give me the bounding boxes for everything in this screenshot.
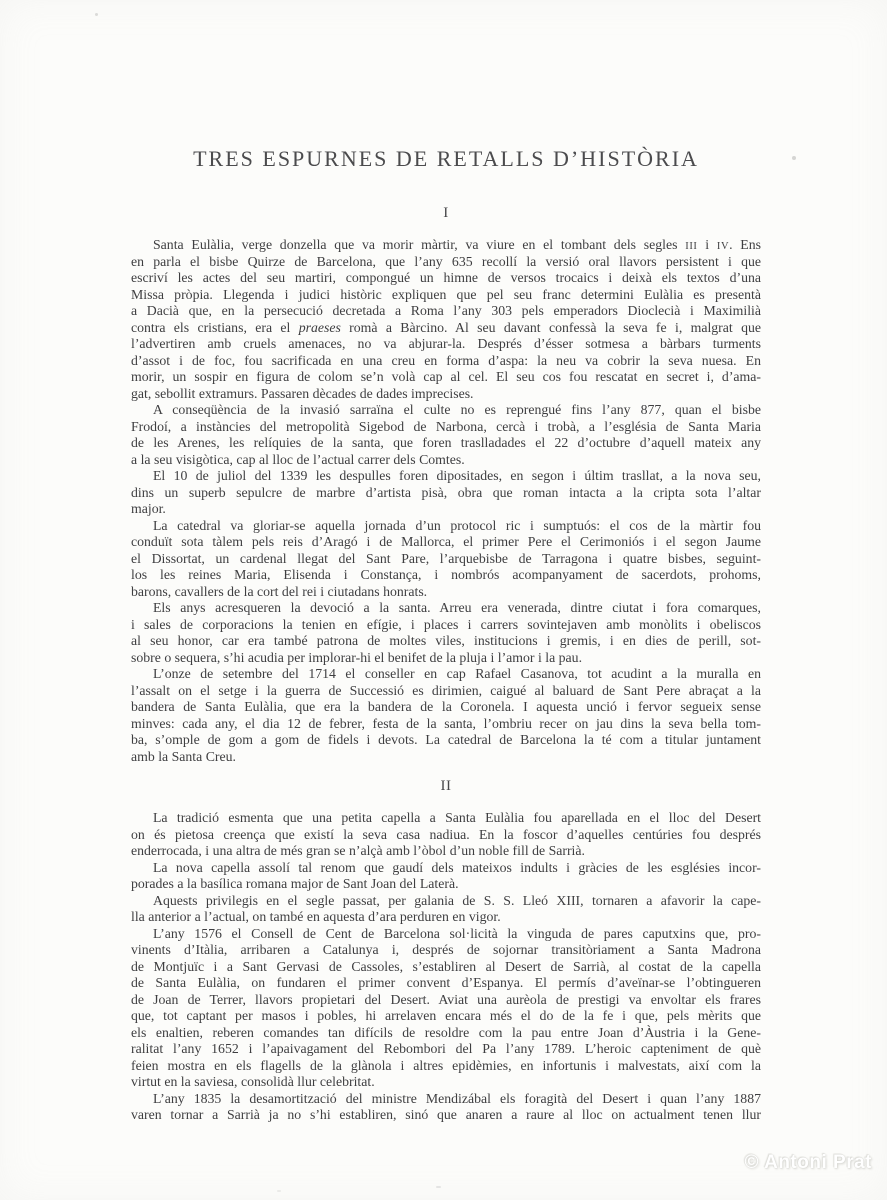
text-line: on és pietosa creença que existí la seva…	[131, 827, 761, 844]
text-line: sobre o sequera, s’hi acudia per implora…	[131, 650, 761, 667]
section-heading-II: II	[131, 778, 761, 795]
paragraph: Aquests privilegis en el segle passat, p…	[131, 893, 761, 926]
text-line: vinents d’Itàlia, arribaren a Catalunya …	[131, 942, 761, 959]
text-line: La nova capella assolí tal renom que gau…	[131, 860, 761, 877]
scan-artifact	[792, 156, 796, 160]
text-line: dins un superb sepulcre de marbre d’arti…	[131, 485, 761, 502]
text-line: gat, sebollit extramurs. Passaren dècade…	[131, 386, 761, 403]
text-line: El 10 de juliol del 1339 les despulles f…	[131, 468, 761, 485]
text-line: ba, s’omple de gom a gom de fidels i dev…	[131, 732, 761, 749]
paragraph: L’any 1835 la desamortització del minist…	[131, 1091, 761, 1124]
text-line: porades a la basílica romana major de Sa…	[131, 876, 761, 893]
text-line: a Dacià que, en la persecució decretada …	[131, 303, 761, 320]
text-line: de Montjuïc i a Sant Gervasi de Cassoles…	[131, 959, 761, 976]
text-line: La tradició esmenta que una petita capel…	[131, 810, 761, 827]
text-line: los les reines Maria, Elisenda i Constan…	[131, 567, 761, 584]
document-body: ISanta Eulàlia, verge donzella que va mo…	[131, 205, 761, 1124]
smallcaps-numeral: IV	[717, 241, 729, 252]
text-line: varen tornar a Sarrià ja no s’hi establi…	[131, 1107, 761, 1124]
paragraph: A conseqüència de la invasió sarraïna el…	[131, 402, 761, 468]
text-line: barons, cavallers de la cort del rei i c…	[131, 584, 761, 601]
scan-artifact	[277, 1190, 281, 1192]
text-line: Els anys acresqueren la devoció a la san…	[131, 600, 761, 617]
text-line: ralitat l’any 1652 i l’apaivagament del …	[131, 1041, 761, 1058]
text-line: al seu honor, car era també patrona de m…	[131, 633, 761, 650]
text-line: Frodoí, a instàncies del metropolità Sig…	[131, 419, 761, 436]
paragraph: L’onze de setembre del 1714 el conseller…	[131, 666, 761, 765]
text-line: de Santa Eulàlia, on fundaren el primer …	[131, 975, 761, 992]
text-line: L’any 1835 la desamortització del minist…	[131, 1091, 761, 1108]
paragraph: El 10 de juliol del 1339 les despulles f…	[131, 468, 761, 518]
text-line: els enaltien, reberen comandes tan difíc…	[131, 1025, 761, 1042]
text-line: morir, un sospir en figura de colom se’n…	[131, 369, 761, 386]
text-line: el Dissortat, un cardenal llegat del San…	[131, 551, 761, 568]
text-line: que, tot captant per masos i pobles, hi …	[131, 1008, 761, 1025]
text-line: d’assot i de foc, fou sacrificada en una…	[131, 353, 761, 370]
text-line: lla anterior a l’actual, on també en aqu…	[131, 909, 761, 926]
scan-artifact	[436, 1186, 441, 1188]
page-title: TRES ESPURNES DE RETALLS D’HISTÒRIA	[131, 145, 761, 172]
text-line: l’assalt on el setge i la guerra de Succ…	[131, 683, 761, 700]
copyright-watermark: © Antoni Prat	[745, 1152, 872, 1174]
scanned-document-page: TRES ESPURNES DE RETALLS D’HISTÒRIA ISan…	[0, 0, 887, 1200]
text-line: enderrocada, i una altra de més gran se …	[131, 843, 761, 860]
text-line: Santa Eulàlia, verge donzella que va mor…	[131, 237, 761, 254]
text-line: feien mostra en els flagells de la glàno…	[131, 1058, 761, 1075]
paragraph: Santa Eulàlia, verge donzella que va mor…	[131, 237, 761, 402]
text-line: Missa pròpia. Llegenda i judici històric…	[131, 287, 761, 304]
text-line: de Joan de Terrer, llavors propietari de…	[131, 992, 761, 1009]
paragraph: La tradició esmenta que una petita capel…	[131, 810, 761, 860]
text-line: bandera de Santa Eulàlia, que era la ban…	[131, 699, 761, 716]
paragraph: Els anys acresqueren la devoció a la san…	[131, 600, 761, 666]
section-heading-I: I	[131, 205, 761, 222]
text-line: amb la Santa Creu.	[131, 749, 761, 766]
text-line: major.	[131, 501, 761, 518]
paragraph: La nova capella assolí tal renom que gau…	[131, 860, 761, 893]
text-line: de les Arenes, les relíquies de la santa…	[131, 435, 761, 452]
smallcaps-numeral: III	[685, 241, 697, 252]
text-line: minves: cada any, el dia 12 de febrer, f…	[131, 716, 761, 733]
text-line: virtut en la saviesa, consolidà llur cel…	[131, 1074, 761, 1091]
text-line: A conseqüència de la invasió sarraïna el…	[131, 402, 761, 419]
paragraph: L’any 1576 el Consell de Cent de Barcelo…	[131, 926, 761, 1091]
text-line: La catedral va gloriar-se aquella jornad…	[131, 518, 761, 535]
text-line: conduït sota tàlem pels reis d’Aragó i d…	[131, 534, 761, 551]
text-line: L’onze de setembre del 1714 el conseller…	[131, 666, 761, 683]
text-line: a la seu visigòtica, cap al lloc de l’ac…	[131, 452, 761, 469]
text-line: L’any 1576 el Consell de Cent de Barcelo…	[131, 926, 761, 943]
paragraph: La catedral va gloriar-se aquella jornad…	[131, 518, 761, 601]
text-line: l’advertiren amb cruels amenaces, no va …	[131, 336, 761, 353]
text-line: escriví les actes del seu martiri, compo…	[131, 270, 761, 287]
text-line: i sales de corporacions la tenien en efí…	[131, 617, 761, 634]
text-line: en parla el bisbe Quirze de Barcelona, q…	[131, 254, 761, 271]
text-line: Aquests privilegis en el segle passat, p…	[131, 893, 761, 910]
text-line: contra els cristians, era el praeses rom…	[131, 320, 761, 337]
text-column: TRES ESPURNES DE RETALLS D’HISTÒRIA ISan…	[131, 145, 761, 1124]
scan-artifact	[95, 13, 98, 16]
italic-term: praeses	[299, 320, 341, 335]
